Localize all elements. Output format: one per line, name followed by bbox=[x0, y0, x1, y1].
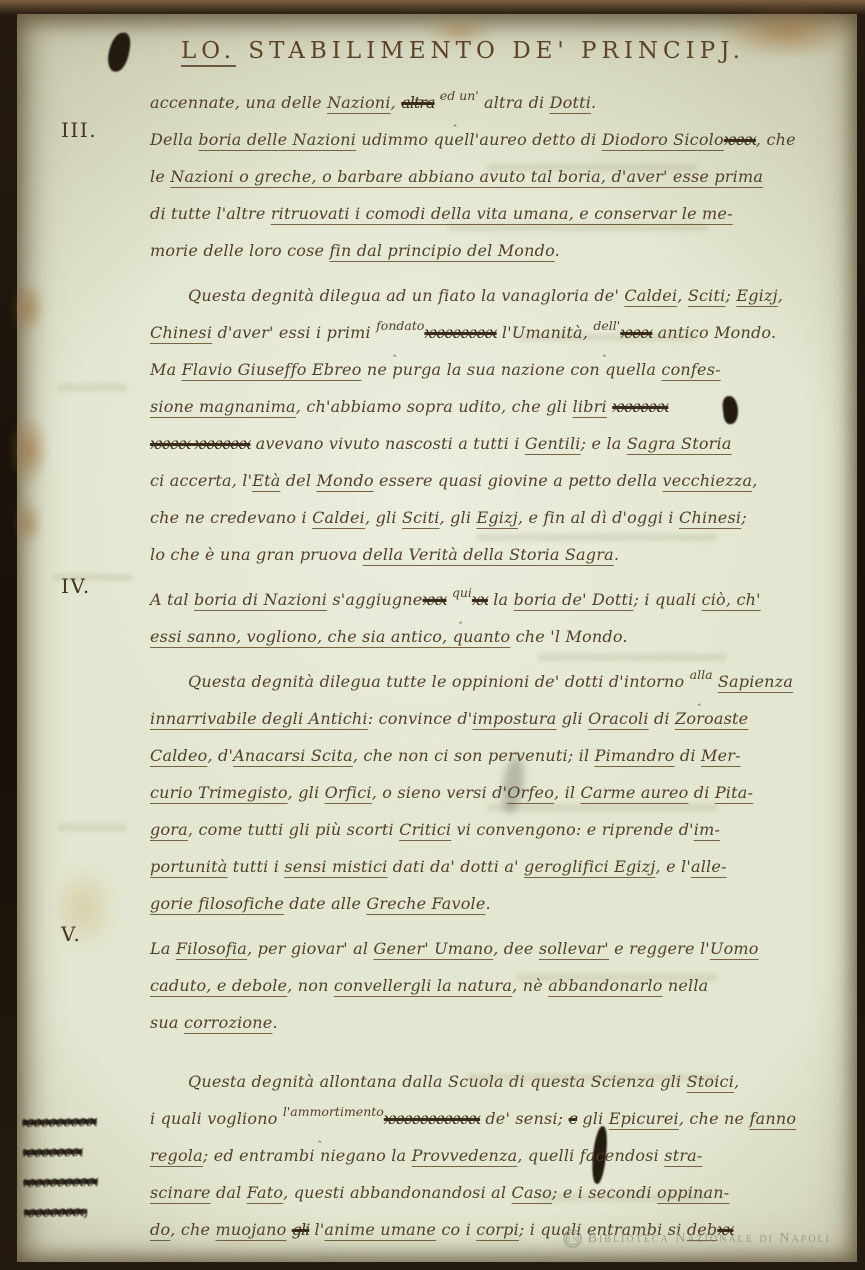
underlined-text: alle- bbox=[691, 857, 727, 876]
handwritten-text: , gli bbox=[288, 783, 325, 802]
manuscript-line: portunità tutti i sensi mistici dati da'… bbox=[150, 848, 856, 885]
paragraph: Questa degnità allontana dalla Scuola di… bbox=[150, 1063, 856, 1248]
handwritten-text: ; e i secondi bbox=[552, 1183, 657, 1202]
underlined-text: gorie filosofiche bbox=[150, 894, 284, 913]
handwritten-text: La bbox=[150, 939, 176, 958]
underlined-text: scinare bbox=[150, 1183, 211, 1202]
underlined-text: Epicurei bbox=[609, 1109, 679, 1128]
underlined-text: Caldei bbox=[312, 508, 365, 527]
underlined-text: oppinan- bbox=[657, 1183, 729, 1202]
handwritten-text: l'Umanità, bbox=[497, 323, 594, 342]
paragraph: accennate, una delle Nazioni, altra ed u… bbox=[150, 84, 856, 121]
crossed-out-text: xxxx bbox=[620, 323, 652, 342]
underlined-text: Egizj bbox=[736, 286, 777, 305]
manuscript-page: LO. STABILIMENTO DE' PRINCIPJ. III. IV. … bbox=[17, 14, 857, 1262]
paper-stain bbox=[13, 500, 43, 546]
manuscript-line: Questa degnità allontana dalla Scuola di… bbox=[150, 1063, 856, 1100]
underlined-text: della Verità della Storia Sagra bbox=[363, 545, 614, 564]
bleed-through-mark bbox=[57, 384, 127, 391]
underlined-text: muojano bbox=[215, 1220, 286, 1239]
manuscript-line: Chinesi d'aver' essi i primi fondatoxxxx… bbox=[150, 314, 856, 351]
underlined-text: regola bbox=[150, 1146, 203, 1165]
manuscript-line: innarrivabile degli Antichi: convince d'… bbox=[150, 700, 856, 737]
manuscript-line: A tal boria di Nazioni s'aggiugnexxx qui… bbox=[150, 581, 856, 618]
handwritten-text: , che bbox=[756, 130, 796, 149]
handwritten-text: di tutte l'altre bbox=[150, 204, 271, 223]
handwritten-text: , d' bbox=[207, 746, 233, 765]
paragraph: Della boria delle Nazioni udimmo quell'a… bbox=[150, 121, 856, 269]
underlined-text: vecchiezza bbox=[663, 471, 753, 490]
underlined-text: Filosofia bbox=[176, 939, 247, 958]
handwritten-text: , dee bbox=[493, 939, 539, 958]
handwritten-text: che 'l Mondo. bbox=[510, 627, 627, 646]
handwritten-text: sua bbox=[150, 1013, 184, 1032]
underlined-text: libri bbox=[573, 397, 607, 416]
handwritten-text: , nè bbox=[512, 976, 548, 995]
paragraph: Questa degnità dilegua ad un fiato la va… bbox=[150, 277, 856, 573]
paper-stain bbox=[11, 282, 45, 334]
handwritten-text: , e l' bbox=[656, 857, 691, 876]
underlined-text: confes- bbox=[661, 360, 720, 379]
manuscript-line: Ma Flavio Giuseffo Ebreo ne purga la sua… bbox=[150, 351, 856, 388]
manuscript-line: sua corrozione. bbox=[150, 1004, 856, 1041]
manuscript-line: i quali vogliono l'ammortimentoxxxxxxxxx… bbox=[150, 1100, 856, 1137]
section-numeral-iv: IV. bbox=[61, 574, 91, 598]
underlined-text: ritruovati i comodi della vita umana, e … bbox=[271, 204, 733, 223]
underlined-text: geroglifici Egizj bbox=[524, 857, 656, 876]
underlined-text: Oracoli bbox=[588, 709, 649, 728]
handwritten-text: . bbox=[486, 894, 491, 913]
handwritten-text: , e fin al dì d'oggi i bbox=[518, 508, 679, 527]
handwritten-text: , quelli facendosi bbox=[517, 1146, 664, 1165]
handwritten-text: Ma bbox=[150, 360, 182, 379]
paragraph: La Filosofia, per giovar' al Gener' Uman… bbox=[150, 930, 856, 1041]
manuscript-line: Questa degnità dilegua tutte le oppinion… bbox=[150, 663, 856, 700]
handwritten-text: , per giovar' al bbox=[247, 939, 373, 958]
underlined-text: gora bbox=[150, 820, 188, 839]
handwritten-text: avevano vivuto nascosti a tutti i bbox=[250, 434, 525, 453]
handwritten-text: lo che è una gran pruova bbox=[150, 545, 363, 564]
watermark-text: Biblioteca Nazionale di Napoli bbox=[588, 1231, 831, 1247]
handwritten-text: ; ed entrambi niegano la bbox=[203, 1146, 412, 1165]
handwritten-text: morie delle loro cose bbox=[150, 241, 330, 260]
underlined-text: Zoroaste bbox=[675, 709, 748, 728]
handwritten-text: de' sensi; bbox=[480, 1109, 568, 1128]
manuscript-line: accennate, una delle Nazioni, altra ed u… bbox=[150, 84, 856, 121]
underlined-text: convellergli la natura bbox=[334, 976, 512, 995]
handwritten-text: ne purga la sua nazione con quella bbox=[362, 360, 662, 379]
handwritten-text: e reggere l' bbox=[609, 939, 710, 958]
handwritten-text: , o sieno versi d' bbox=[372, 783, 508, 802]
handwritten-text: vi convengono: e riprende d' bbox=[451, 820, 694, 839]
crossed-out-text: xx bbox=[472, 590, 488, 609]
handwritten-text: , che bbox=[170, 1220, 215, 1239]
underlined-text: curio Trimegisto bbox=[150, 783, 288, 802]
handwritten-text: , il bbox=[554, 783, 581, 802]
manuscript-scan: LO. STABILIMENTO DE' PRINCIPJ. III. IV. … bbox=[0, 0, 865, 1270]
handwritten-text: Questa degnità dilegua ad un fiato la va… bbox=[188, 286, 624, 305]
underlined-text: ciò, ch' bbox=[702, 590, 761, 609]
manuscript-line: le Nazioni o greche, o barbare abbiano a… bbox=[150, 158, 856, 195]
underlined-text: Gentili bbox=[525, 434, 581, 453]
handwritten-text: date alle bbox=[284, 894, 366, 913]
handwritten-text: Questa degnità dilegua tutte le oppinion… bbox=[188, 672, 690, 691]
underlined-text: essi sanno, vogliono, che sia antico, qu… bbox=[150, 627, 510, 646]
handwritten-text: . bbox=[591, 93, 596, 112]
underlined-text: Caldeo bbox=[150, 746, 207, 765]
handwritten-text: di bbox=[675, 746, 701, 765]
underlined-text: stra- bbox=[664, 1146, 702, 1165]
handwritten-text: A tal bbox=[150, 590, 194, 609]
handwritten-text: ; e la bbox=[581, 434, 627, 453]
underlined-text: Dotti bbox=[550, 93, 591, 112]
underlined-text: Critici bbox=[399, 820, 451, 839]
handwritten-text: accennate, una delle bbox=[150, 93, 327, 112]
library-watermark: BN Biblioteca Nazionale di Napoli bbox=[563, 1229, 831, 1248]
underlined-text: sollevar' bbox=[539, 939, 609, 958]
underlined-text: portunità bbox=[150, 857, 227, 876]
paragraph: A tal boria di Nazioni s'aggiugnexxx qui… bbox=[150, 581, 856, 655]
underlined-text: boria delle Nazioni bbox=[198, 130, 356, 149]
manuscript-line: che ne credevano i Caldei, gli Sciti, gl… bbox=[150, 499, 856, 536]
underlined-text: boria di Nazioni bbox=[194, 590, 327, 609]
underlined-text: Orfeo bbox=[507, 783, 554, 802]
handwritten-text: del bbox=[280, 471, 316, 490]
underlined-text: Egizj bbox=[476, 508, 517, 527]
manuscript-line: essi sanno, vogliono, che sia antico, qu… bbox=[150, 618, 856, 655]
underlined-text: Fato bbox=[247, 1183, 283, 1202]
handwritten-text: , questi abbandonandosi al bbox=[283, 1183, 511, 1202]
underlined-text: corrozione bbox=[184, 1013, 272, 1032]
underlined-text: Stoici bbox=[687, 1072, 734, 1091]
handwritten-text: , gli bbox=[440, 508, 477, 527]
handwritten-text: , non bbox=[287, 976, 334, 995]
handwritten-text: l' bbox=[309, 1220, 324, 1239]
underlined-text: fin dal principio del Mondo bbox=[330, 241, 555, 260]
handwritten-text: , bbox=[391, 93, 402, 112]
underlined-text: Chinesi bbox=[679, 508, 741, 527]
underlined-text: Diodoro Sicolo bbox=[602, 130, 724, 149]
underlined-text: abbandonarlo bbox=[548, 976, 662, 995]
handwritten-text: . bbox=[272, 1013, 277, 1032]
handwritten-text: , ch'abbiamo sopra udito, che gli bbox=[296, 397, 573, 416]
handwritten-text: : convince d' bbox=[368, 709, 473, 728]
handwritten-text: che ne credevano i bbox=[150, 508, 312, 527]
handwritten-text: udimmo quell'aureo detto di bbox=[356, 130, 602, 149]
manuscript-line: La Filosofia, per giovar' al Gener' Uman… bbox=[150, 930, 856, 967]
bleed-through-mark bbox=[57, 824, 127, 831]
handwritten-text: Questa degnità allontana dalla Scuola di… bbox=[188, 1072, 687, 1091]
underlined-text: Mondo bbox=[316, 471, 373, 490]
handwritten-text: , che ne bbox=[679, 1109, 750, 1128]
manuscript-line: Questa degnità dilegua ad un fiato la va… bbox=[150, 277, 856, 314]
manuscript-line: morie delle loro cose fin dal principio … bbox=[150, 232, 856, 269]
underlined-text: sione magnanima bbox=[150, 397, 296, 416]
handwritten-text bbox=[435, 93, 440, 112]
manuscript-line: gora, come tutti gli più scorti Critici … bbox=[150, 811, 856, 848]
inserted-text: dell' bbox=[593, 318, 620, 333]
manuscript-line: Caldeo, d'Anacarsi Scita, che non ci son… bbox=[150, 737, 856, 774]
underlined-text: Mer- bbox=[701, 746, 741, 765]
underlined-text: Sapienza bbox=[718, 672, 793, 691]
inserted-text: ed un' bbox=[440, 88, 479, 103]
handwritten-text: ; bbox=[725, 286, 736, 305]
underlined-text: caduto, e debole bbox=[150, 976, 287, 995]
handwritten-text: tutti i bbox=[227, 857, 284, 876]
crossed-out-marginal-note: xxxxxxxx bbox=[22, 1135, 153, 1167]
handwritten-text: gli bbox=[577, 1109, 609, 1128]
handwritten-text: dal bbox=[211, 1183, 247, 1202]
underlined-text: fanno bbox=[749, 1109, 796, 1128]
inserted-text: qui bbox=[452, 585, 472, 600]
handwritten-text: . bbox=[614, 545, 619, 564]
handwritten-text: antico Mondo. bbox=[652, 323, 776, 342]
underlined-text: boria de' Dotti bbox=[514, 590, 634, 609]
handwritten-text: ; i quali bbox=[633, 590, 701, 609]
crossed-out-text: xxxx bbox=[724, 130, 756, 149]
manuscript-line: ci accerta, l'Età del Mondo essere quasi… bbox=[150, 462, 856, 499]
handwritten-text: , che non ci son pervenuti; il bbox=[353, 746, 595, 765]
underlined-text: Sciti bbox=[402, 508, 440, 527]
handwritten-text: nella bbox=[663, 976, 709, 995]
inserted-text: fondato bbox=[376, 318, 424, 333]
manuscript-line: lo che è una gran pruova della Verità de… bbox=[150, 536, 856, 573]
manuscript-line: sione magnanima, ch'abbiamo sopra udito,… bbox=[150, 388, 856, 425]
handwritten-text: la bbox=[488, 590, 514, 609]
manuscript-line: xxxxx xxxxxxx avevano vivuto nascosti a … bbox=[150, 425, 856, 462]
underlined-text: Sciti bbox=[688, 286, 726, 305]
section-numeral-v: V. bbox=[61, 922, 81, 946]
svg-text:BN: BN bbox=[565, 1235, 579, 1243]
library-logo-icon: BN bbox=[563, 1229, 582, 1248]
underlined-text: Uomo bbox=[710, 939, 759, 958]
handwritten-text: ci accerta, l' bbox=[150, 471, 252, 490]
underlined-text: Anacarsi Scita bbox=[233, 746, 353, 765]
handwritten-text: , bbox=[677, 286, 688, 305]
manuscript-line: gorie filosofiche date alle Greche Favol… bbox=[150, 885, 856, 922]
underlined-text: Provvedenza bbox=[412, 1146, 518, 1165]
underlined-text: Gener' Umano bbox=[374, 939, 494, 958]
manuscript-line: Della boria delle Nazioni udimmo quell'a… bbox=[150, 121, 856, 158]
handwritten-text: altra di bbox=[479, 93, 550, 112]
crossed-out-text: xxxxxxx bbox=[612, 397, 668, 416]
underlined-text: Flavio Giuseffo Ebreo bbox=[182, 360, 362, 379]
underlined-text: Pimandro bbox=[595, 746, 675, 765]
page-title: LO. STABILIMENTO DE' PRINCIPJ. bbox=[17, 38, 857, 64]
underlined-text: Orfici bbox=[325, 783, 372, 802]
handwritten-text: . bbox=[555, 241, 560, 260]
crossed-out-text: xxxxx xxxxxxx bbox=[150, 434, 250, 453]
manuscript-line: caduto, e debole, non convellergli la na… bbox=[150, 967, 856, 1004]
handwritten-text: d'aver' essi i primi bbox=[212, 323, 376, 342]
underlined-text: Caso bbox=[512, 1183, 552, 1202]
section-numeral-iii: III. bbox=[61, 118, 97, 142]
title-rest: STABILIMENTO DE' PRINCIPJ. bbox=[236, 38, 745, 64]
underlined-text: Carme aureo bbox=[581, 783, 689, 802]
paper-stain bbox=[9, 414, 49, 486]
inserted-text: l'ammortimento bbox=[283, 1104, 384, 1119]
handwritten-text: le bbox=[150, 167, 170, 186]
handwritten-text: , come tutti gli più scorti bbox=[188, 820, 399, 839]
manuscript-line: curio Trimegisto, gli Orfici, o sieno ve… bbox=[150, 774, 856, 811]
crossed-out-text: gli bbox=[292, 1220, 309, 1239]
handwritten-text: , gli bbox=[365, 508, 402, 527]
underlined-text: corpi bbox=[476, 1220, 519, 1239]
underlined-text: Età bbox=[252, 471, 280, 490]
underlined-text: Nazioni o greche, o barbare abbiano avut… bbox=[170, 167, 763, 186]
manuscript-line: scinare dal Fato, questi abbandonandosi … bbox=[150, 1174, 856, 1211]
underlined-text: innarrivabile degli Antichi bbox=[150, 709, 368, 728]
underlined-text: im- bbox=[694, 820, 720, 839]
crossed-out-marginal-note: xxxxxxxxxx bbox=[22, 1105, 153, 1137]
crossed-out-text: xxx bbox=[422, 590, 446, 609]
manuscript-line: regola; ed entrambi niegano la Provveden… bbox=[150, 1137, 856, 1174]
underlined-text: Sagra Storia bbox=[627, 434, 732, 453]
text-block: accennate, una delle Nazioni, altra ed u… bbox=[150, 84, 856, 1248]
crossed-out-text: xxxxxxxxxxxx bbox=[384, 1109, 480, 1128]
handwritten-text: , bbox=[752, 471, 757, 490]
crossed-out-text: altra bbox=[401, 93, 434, 112]
crossed-out-text: xxxxxxxxx bbox=[424, 323, 496, 342]
handwritten-text: Della bbox=[150, 130, 198, 149]
underlined-text: Nazioni bbox=[327, 93, 391, 112]
underlined-text: impostura bbox=[472, 709, 556, 728]
handwritten-text: di bbox=[688, 783, 714, 802]
handwritten-text: dati da' dotti a' bbox=[387, 857, 524, 876]
handwritten-text: i quali vogliono bbox=[150, 1109, 283, 1128]
underlined-text: Pita- bbox=[715, 783, 753, 802]
handwritten-text: s'aggiugne bbox=[327, 590, 422, 609]
title-prefix: LO. bbox=[181, 38, 236, 67]
crossed-out-marginal-note: xxxxxxxx, bbox=[24, 1195, 155, 1227]
handwritten-text: ; bbox=[741, 508, 747, 527]
handwritten-text: , bbox=[778, 286, 783, 305]
underlined-text: Greche Favole bbox=[366, 894, 485, 913]
handwritten-text: , bbox=[734, 1072, 739, 1091]
handwritten-text: essere quasi giovine a petto della bbox=[374, 471, 663, 490]
paragraph: Questa degnità dilegua tutte le oppinion… bbox=[150, 663, 856, 922]
underlined-text: sensi mistici bbox=[284, 857, 387, 876]
margin-scrawl: xxxxxxxxxxxxxxxxxxxxxxxxxxxxxxxxxxxx, bbox=[22, 1105, 154, 1227]
handwritten-text: di bbox=[649, 709, 675, 728]
crossed-out-marginal-note: xxxxxxxxxx bbox=[23, 1165, 154, 1197]
crossed-out-text: e bbox=[569, 1109, 577, 1128]
underlined-text: anime umane bbox=[324, 1220, 436, 1239]
handwritten-text: co i bbox=[436, 1220, 476, 1239]
underlined-text: Caldei bbox=[624, 286, 677, 305]
inserted-text: alla bbox=[690, 667, 713, 682]
underlined-text: Chinesi bbox=[150, 323, 212, 342]
handwritten-text: gli bbox=[556, 709, 588, 728]
manuscript-line: di tutte l'altre ritruovati i comodi del… bbox=[150, 195, 856, 232]
